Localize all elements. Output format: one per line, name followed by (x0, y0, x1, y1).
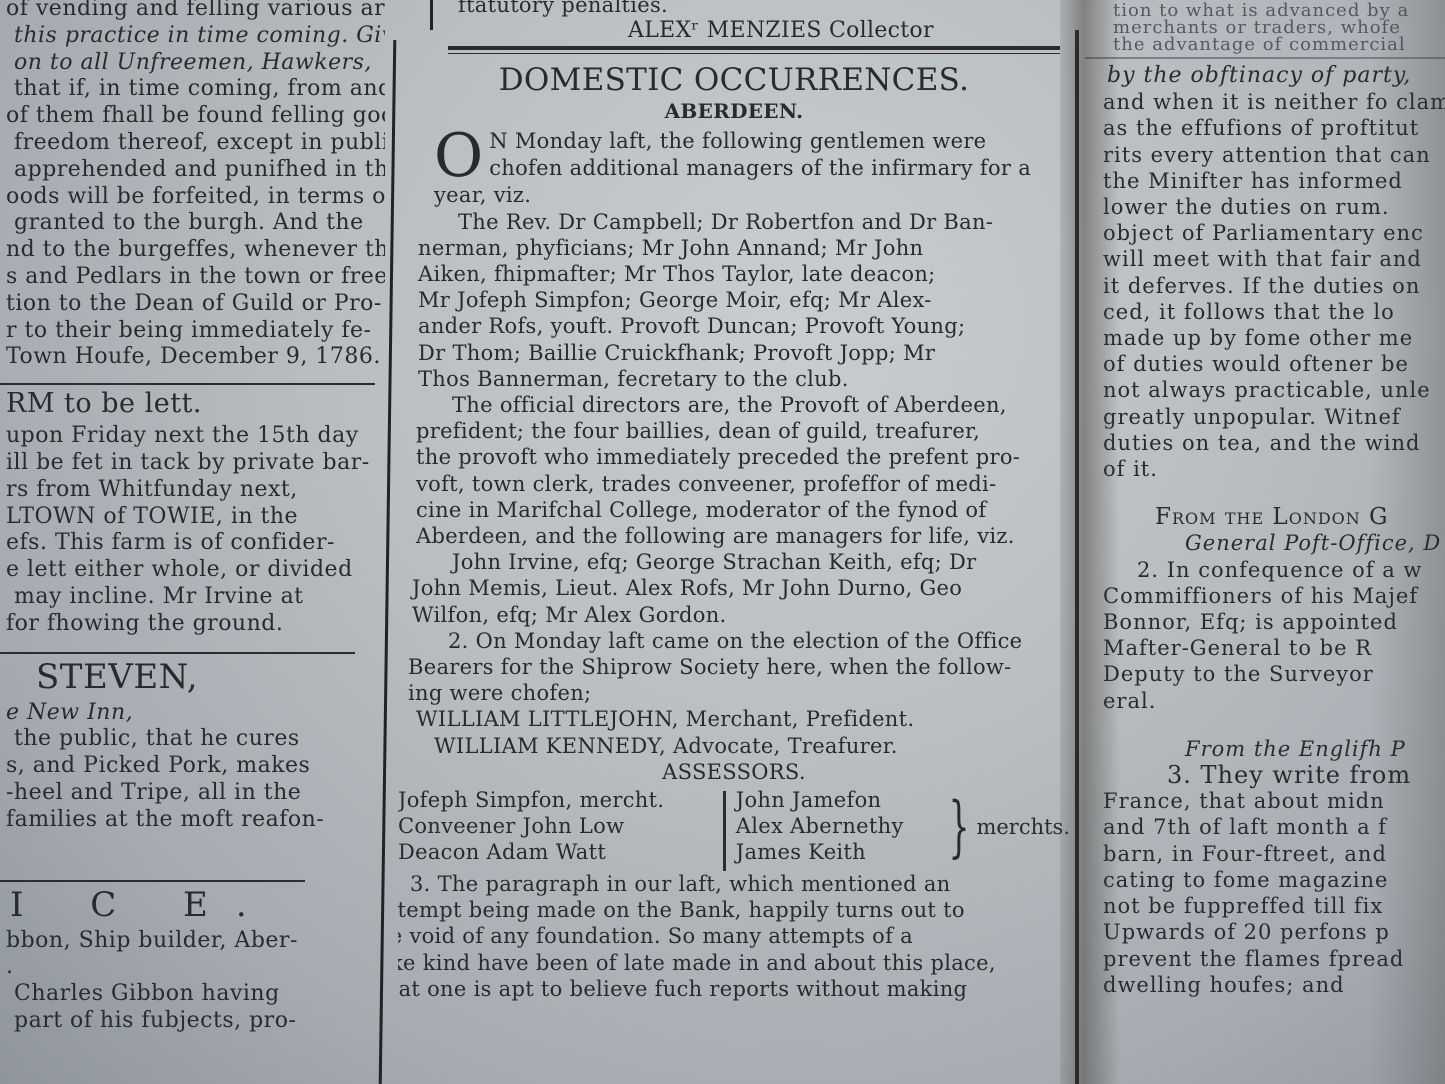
text-line: this practice in time coming. Give (0, 23, 385, 50)
text-line: The official directors are, the Provoft … (416, 392, 1070, 418)
ad-heading: I C E. (0, 882, 385, 928)
text-line: ing were chofen; (408, 680, 1070, 706)
ad-heading: RM to be lett. (0, 385, 385, 423)
text-line: like kind have been of late made in and … (398, 950, 1070, 976)
text-line: oods will be forfeited, in terms of (0, 184, 385, 211)
text-line: Charles Gibbon having (0, 981, 385, 1008)
text-line: may incline. Mr Irvine at (0, 584, 385, 611)
text-line: bbon, Ship builder, Aber- (0, 928, 385, 955)
ad-subheading: e New Inn, (0, 700, 385, 727)
text-line: N Monday laft, the following gentlemen w… (398, 128, 1070, 154)
double-rule (448, 53, 1060, 54)
text-line: attempt being made on the Bank, happily … (398, 897, 1070, 923)
text-line: Wilfon, efq; Mr Alex Gordon. (412, 602, 1070, 628)
right-shadow (1370, 0, 1445, 1084)
treasurer-line: WILLIAM KENNEDY, Advocate, Treafurer. (398, 733, 1070, 759)
text-line: s and Pedlars in the town or free- (0, 264, 385, 291)
assessor-name: Deacon Adam Watt (398, 839, 713, 865)
assessors-heading: ASSESSORS. (398, 759, 1070, 785)
text-line: that one is apt to believe fuch reports … (398, 976, 1070, 1002)
assessor-name: Conveener John Low (398, 813, 713, 839)
text-line: John Irvine, efq; George Strachan Keith,… (412, 549, 1070, 575)
text-line: ander Rofs, youft. Provoft Duncan; Provo… (418, 313, 1070, 339)
text-line: chofen additional managers of the infirm… (398, 155, 1070, 181)
assessor-name: John Jamefon (736, 787, 933, 813)
managers-paragraph: The Rev. Dr Campbell; Dr Robertfon and D… (398, 209, 1070, 392)
text-line: Aiken, fhipmafter; Mr Thos Taylor, late … (418, 261, 1070, 287)
text-line: r to their being immediately fe- (0, 318, 385, 345)
text-line: families at the moft reafon- (0, 807, 385, 834)
president-line: WILLIAM LITTLEJOHN, Merchant, Prefident. (398, 706, 1070, 732)
text-line: year, viz. (398, 182, 1070, 208)
text-line: apprehended and punifhed in their (0, 157, 385, 184)
text-line: John Memis, Lieut. Alex Rofs, Mr John Du… (412, 575, 1070, 601)
text-line: . (0, 954, 385, 981)
text-line: upon Friday next the 15th day (0, 423, 385, 450)
assessor-name: James Keith (736, 839, 933, 865)
text-line: rs from Whitfunday next, (0, 477, 385, 504)
drop-cap: O (434, 130, 483, 182)
text-line: ftatutory penalties. (398, 0, 1070, 18)
text-line: voft, town clerk, trades conveener, prof… (416, 471, 1070, 497)
city-heading: ABERDEEN. (398, 98, 1070, 124)
freedom-notice: of vending and felling various articles … (0, 0, 385, 371)
text-line: The Rev. Dr Campbell; Dr Robertfon and D… (418, 209, 1070, 235)
assessors-divider (723, 791, 726, 871)
text-line: that if, in time coming, from and (0, 76, 385, 103)
notice-ad: I C E. bbon, Ship builder, Aber- . Charl… (0, 882, 385, 1035)
double-rule (448, 46, 1060, 50)
steven-ad: STEVEN, e New Inn, the public, that he c… (0, 654, 385, 834)
text-line: cine in Marifchal College, moderator of … (416, 497, 1070, 523)
curly-brace-icon: } (949, 787, 970, 871)
text-line: efs. This farm is of confider- (0, 530, 385, 557)
text-line: LTOWN of TOWIE, in the (0, 504, 385, 531)
text-line: e lett either whole, or divided (0, 557, 385, 584)
center-column: ftatutory penalties. ALEXʳ MENZIES Colle… (398, 0, 1070, 1084)
text-line: Mr Jofeph Simpfon; George Moir, efq; Mr … (418, 287, 1070, 313)
assessors-right: John Jamefon Alex Abernethy James Keith (736, 787, 933, 871)
text-line: the public, that he cures (0, 726, 385, 753)
text-line: part of his fubjects, pro- (0, 1008, 385, 1035)
text-line: granted to the burgh. And the (0, 210, 385, 237)
life-managers-paragraph: John Irvine, efq; George Strachan Keith,… (398, 549, 1070, 628)
section-title: DOMESTIC OCCURRENCES. (398, 62, 1070, 98)
text-line: be void of any foundation. So many attem… (398, 923, 1070, 949)
text-line: Dr Thom; Baillie Cruickfhank; Provoft Jo… (418, 340, 1070, 366)
text-line: -heel and Tripe, all in the (0, 780, 385, 807)
text-line: of vending and felling various articles (0, 0, 385, 23)
assessors-list: Jofeph Simpfon, mercht. Conveener John L… (398, 787, 1070, 871)
text-line: s, and Picked Pork, makes (0, 753, 385, 780)
office-bearers: WILLIAM LITTLEJOHN, Merchant, Prefident.… (398, 706, 1070, 871)
text-line: Aberdeen, and the following are managers… (416, 523, 1070, 549)
bank-paragraph: 3. The paragraph in our laft, which ment… (398, 871, 1070, 1002)
assessors-label: merchts. (976, 787, 1070, 871)
infirmary-paragraph: O N Monday laft, the following gentlemen… (398, 128, 1070, 208)
left-column: of vending and felling various articles … (0, 0, 385, 1084)
text-line: ill be fet in tack by private bar- (0, 450, 385, 477)
directors-paragraph: The official directors are, the Provoft … (398, 392, 1070, 549)
text-line: on to all Unfreemen, Hawkers, (0, 50, 385, 77)
text-line: the provoft who immediately preceded the… (416, 444, 1070, 470)
text-line: for fhowing the ground. (0, 611, 385, 638)
text-line: of them fhall be found felling goods (0, 103, 385, 130)
text-line: tion to the Dean of Guild or Pro- (0, 291, 385, 318)
ad-heading: STEVEN, (0, 654, 385, 700)
text-line: 3. The paragraph in our laft, which ment… (398, 871, 1070, 897)
collector-signature: ALEXʳ MENZIES Collector (398, 18, 1070, 44)
text-line: freedom thereof, except in public (0, 130, 385, 157)
text-line: Bearers for the Shiprow Society here, wh… (408, 654, 1070, 680)
farm-ad: RM to be lett. upon Friday next the 15th… (0, 385, 385, 637)
page-fold-shadow (1060, 0, 1120, 1084)
assessor-name: Jofeph Simpfon, mercht. (398, 787, 713, 813)
assessor-name: Alex Abernethy (736, 813, 933, 839)
notice-date: Town Houfe, December 9, 1786. (0, 344, 385, 371)
text-line: Thos Bannerman, fecretary to the club. (418, 366, 1070, 392)
text-line: 2. On Monday laft came on the election o… (408, 628, 1070, 654)
text-line: prefident; the four baillies, dean of gu… (416, 418, 1070, 444)
text-line: nd to the burgeffes, whenever they (0, 237, 385, 264)
text-line: nerman, phyficians; Mr John Annand; Mr J… (418, 235, 1070, 261)
assessors-left: Jofeph Simpfon, mercht. Conveener John L… (398, 787, 713, 871)
shiprow-paragraph: 2. On Monday laft came on the election o… (398, 628, 1070, 707)
